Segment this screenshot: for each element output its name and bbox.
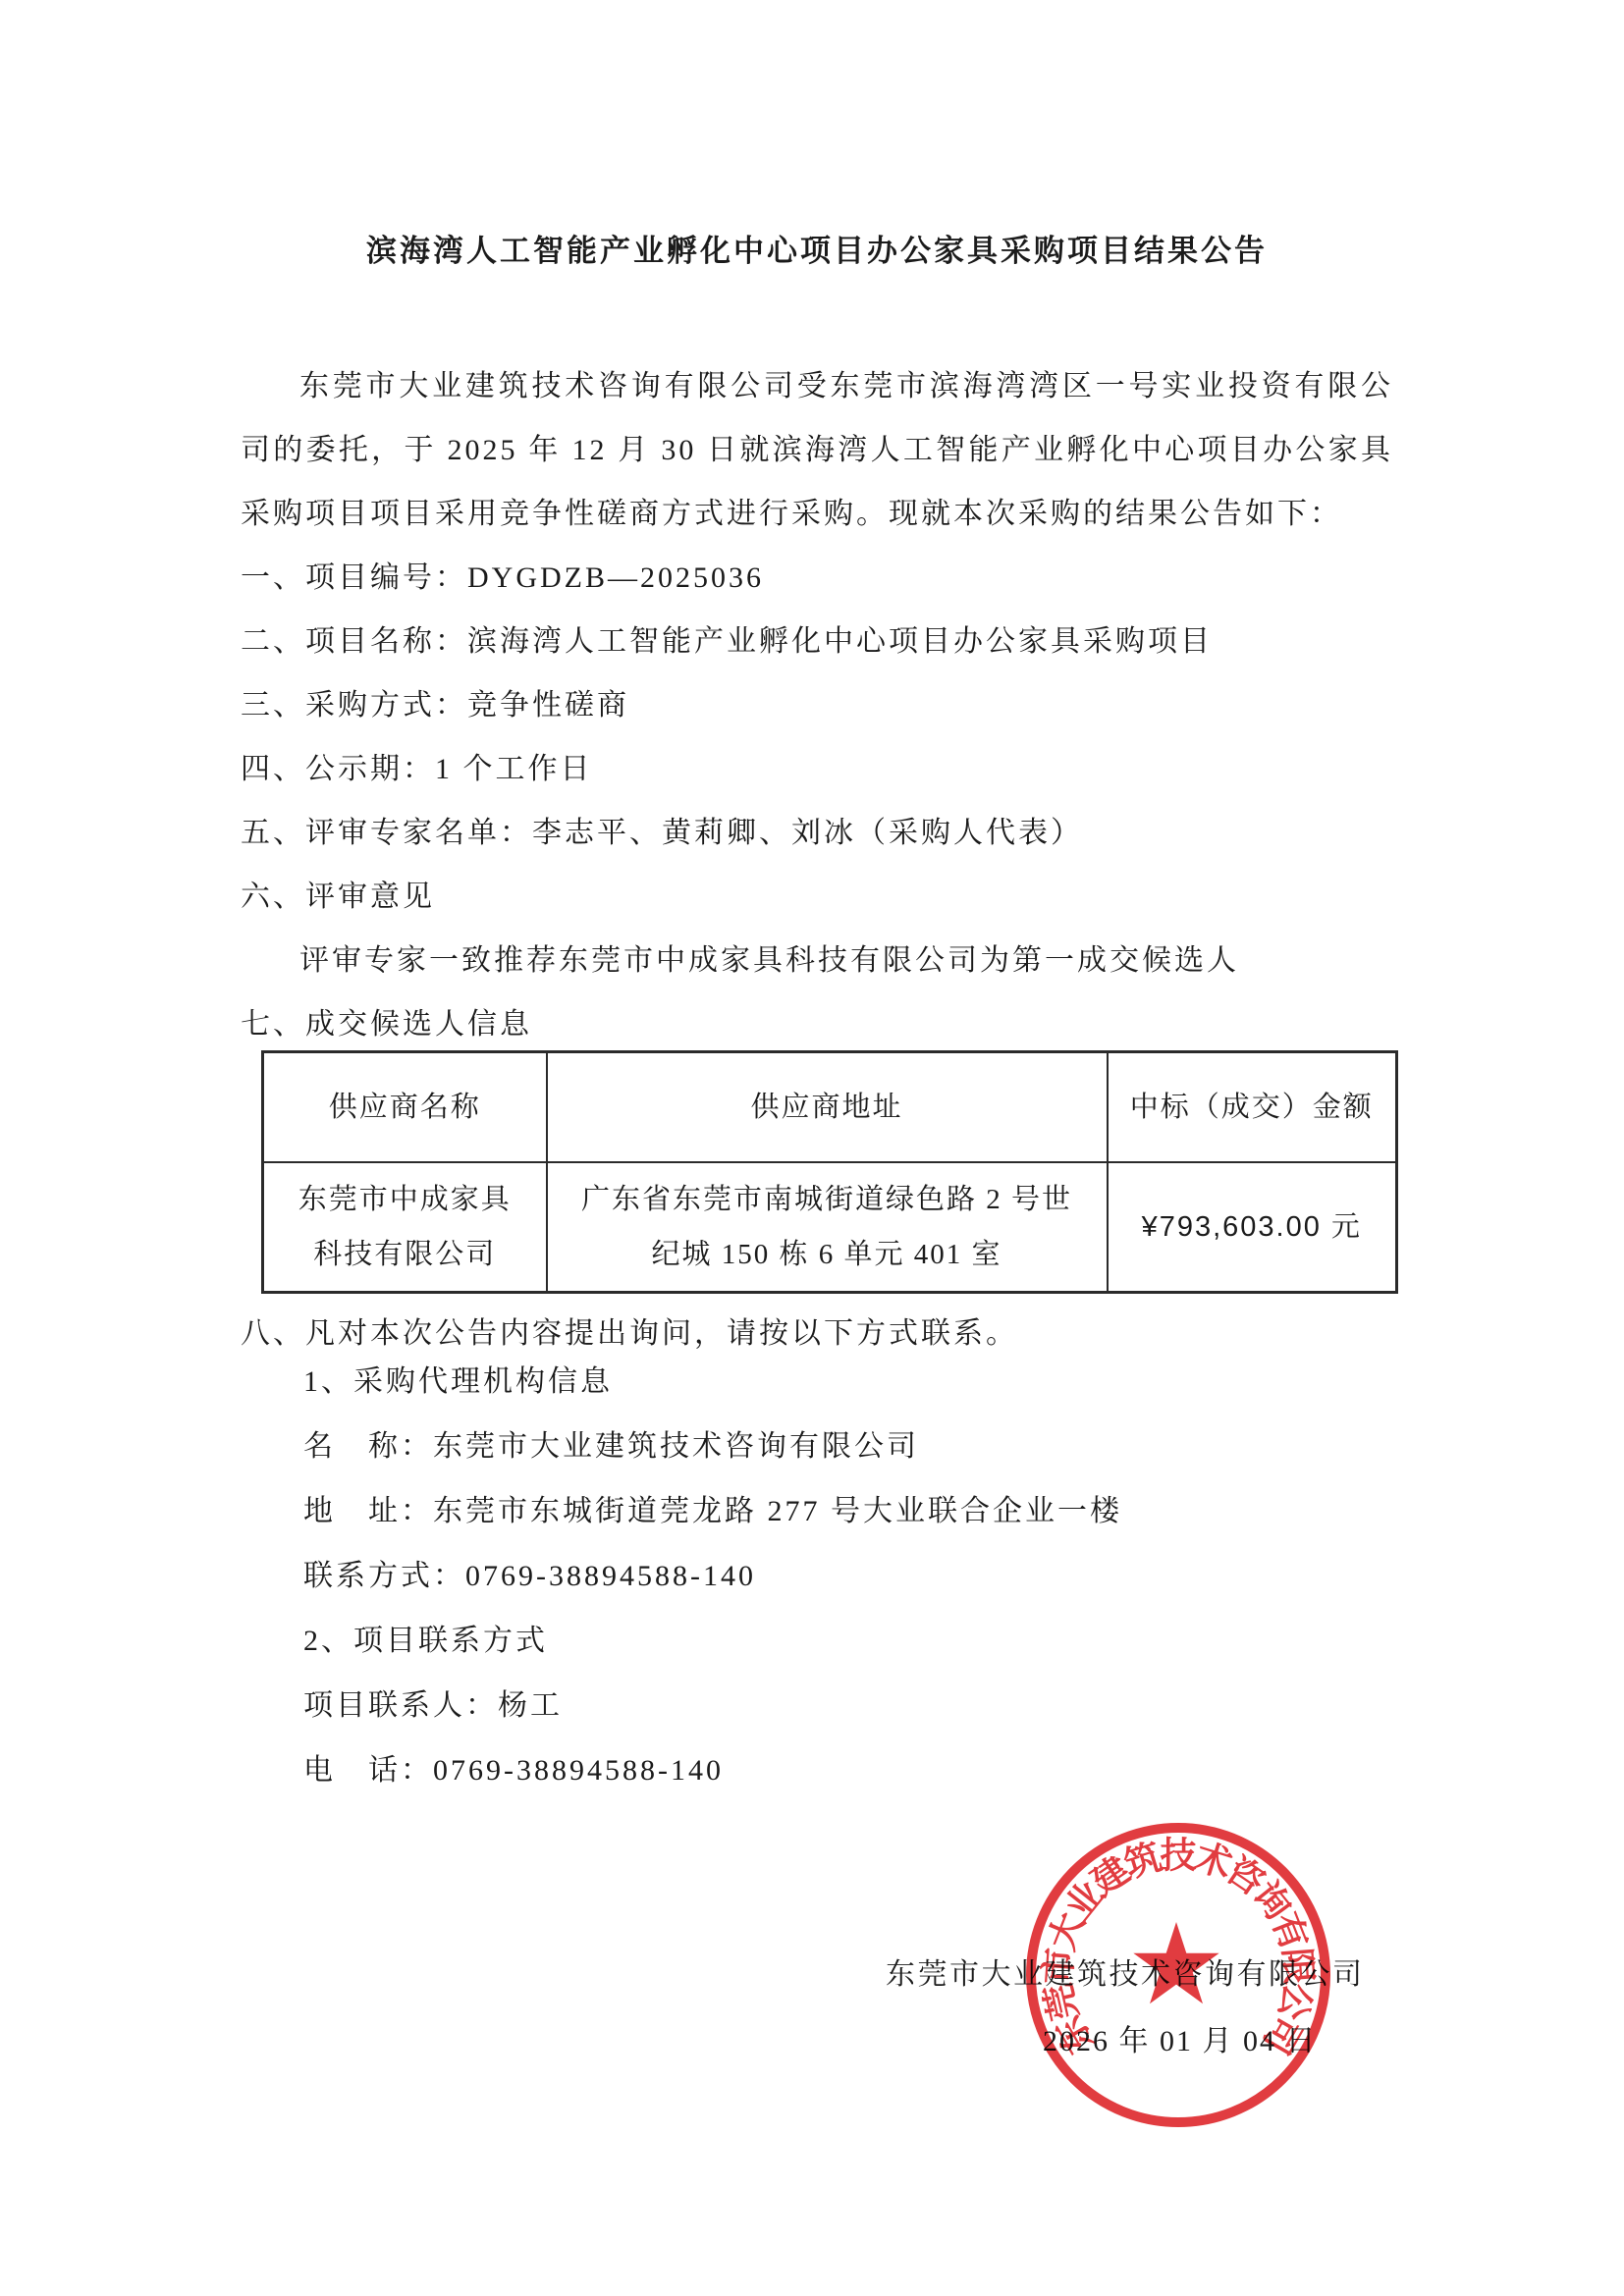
column-header-supplier-name: 供应商名称	[263, 1052, 547, 1162]
project-contact-heading: 2、项目联系方式	[303, 1609, 1393, 1674]
clause-project-number: 一、项目编号：DYGDZB—2025036	[241, 546, 1393, 610]
clause-review-opinion-heading: 六、评审意见	[241, 865, 1393, 929]
supplier-name-line2: 科技有限公司	[313, 1239, 496, 1270]
clause-expert-list: 五、评审专家名单：李志平、黄莉卿、刘冰（采购人代表）	[241, 801, 1393, 865]
clause-procurement-method: 三、采购方式：竞争性磋商	[241, 673, 1393, 737]
page-title: 滨海湾人工智能产业孵化中心项目办公家具采购项目结果公告	[241, 230, 1393, 273]
supplier-address-line1: 广东省东莞市南城街道绿色路 2 号世	[581, 1184, 1072, 1215]
table-header-row: 供应商名称 供应商地址 中标（成交）金额	[263, 1052, 1397, 1162]
column-header-award-amount: 中标（成交）金额	[1108, 1052, 1397, 1162]
project-phone-line: 电 话：0769-38894588-140	[303, 1738, 1393, 1803]
intro-paragraph: 东莞市大业建筑技术咨询有限公司受东莞市滨海湾湾区一号实业投资有限公司的委托，于 …	[241, 354, 1393, 546]
review-opinion-text: 评审专家一致推荐东莞市中成家具科技有限公司为第一成交候选人	[241, 929, 1393, 992]
document-content: 滨海湾人工智能产业孵化中心项目办公家具采购项目结果公告 东莞市大业建筑技术咨询有…	[0, 0, 1624, 1803]
clause-candidate-info-heading: 七、成交候选人信息	[241, 992, 1393, 1056]
seal-star-icon	[1133, 1922, 1218, 2003]
contact-section: 1、采购代理机构信息 名 称：东莞市大业建筑技术咨询有限公司 地 址：东莞市东城…	[241, 1350, 1393, 1803]
candidate-info-table: 供应商名称 供应商地址 中标（成交）金额 东莞市中成家具 科技有限公司 广东省东…	[261, 1050, 1398, 1294]
seal-character: 莞	[1038, 1979, 1086, 2023]
project-contact-person-line: 项目联系人：杨工	[303, 1674, 1393, 1738]
agency-address-line: 地 址：东莞市东城街道莞龙路 277 号大业联合企业一楼	[303, 1479, 1393, 1544]
agency-name-line: 名 称：东莞市大业建筑技术咨询有限公司	[303, 1415, 1393, 1479]
supplier-address-line2: 纪城 150 栋 6 单元 401 室	[651, 1239, 1001, 1270]
agency-phone-line: 联系方式：0769-38894588-140	[303, 1544, 1393, 1609]
award-amount-cell: ¥793,603.00 元	[1108, 1162, 1397, 1293]
document-page: 滨海湾人工智能产业孵化中心项目办公家具采购项目结果公告 东莞市大业建筑技术咨询有…	[0, 0, 1624, 2296]
supplier-name-cell: 东莞市中成家具 科技有限公司	[263, 1162, 547, 1293]
clause-publicity-period: 四、公示期：1 个工作日	[241, 737, 1393, 801]
column-header-supplier-address: 供应商地址	[547, 1052, 1108, 1162]
supplier-address-cell: 广东省东莞市南城街道绿色路 2 号世 纪城 150 栋 6 单元 401 室	[547, 1162, 1108, 1293]
clause-project-name: 二、项目名称：滨海湾人工智能产业孵化中心项目办公家具采购项目	[241, 610, 1393, 673]
table-row: 东莞市中成家具 科技有限公司 广东省东莞市南城街道绿色路 2 号世 纪城 150…	[263, 1162, 1397, 1293]
company-seal-stamp: 东莞市大业建筑技术咨询有限公司	[1011, 1808, 1345, 2142]
supplier-name-line1: 东莞市中成家具	[298, 1184, 512, 1215]
